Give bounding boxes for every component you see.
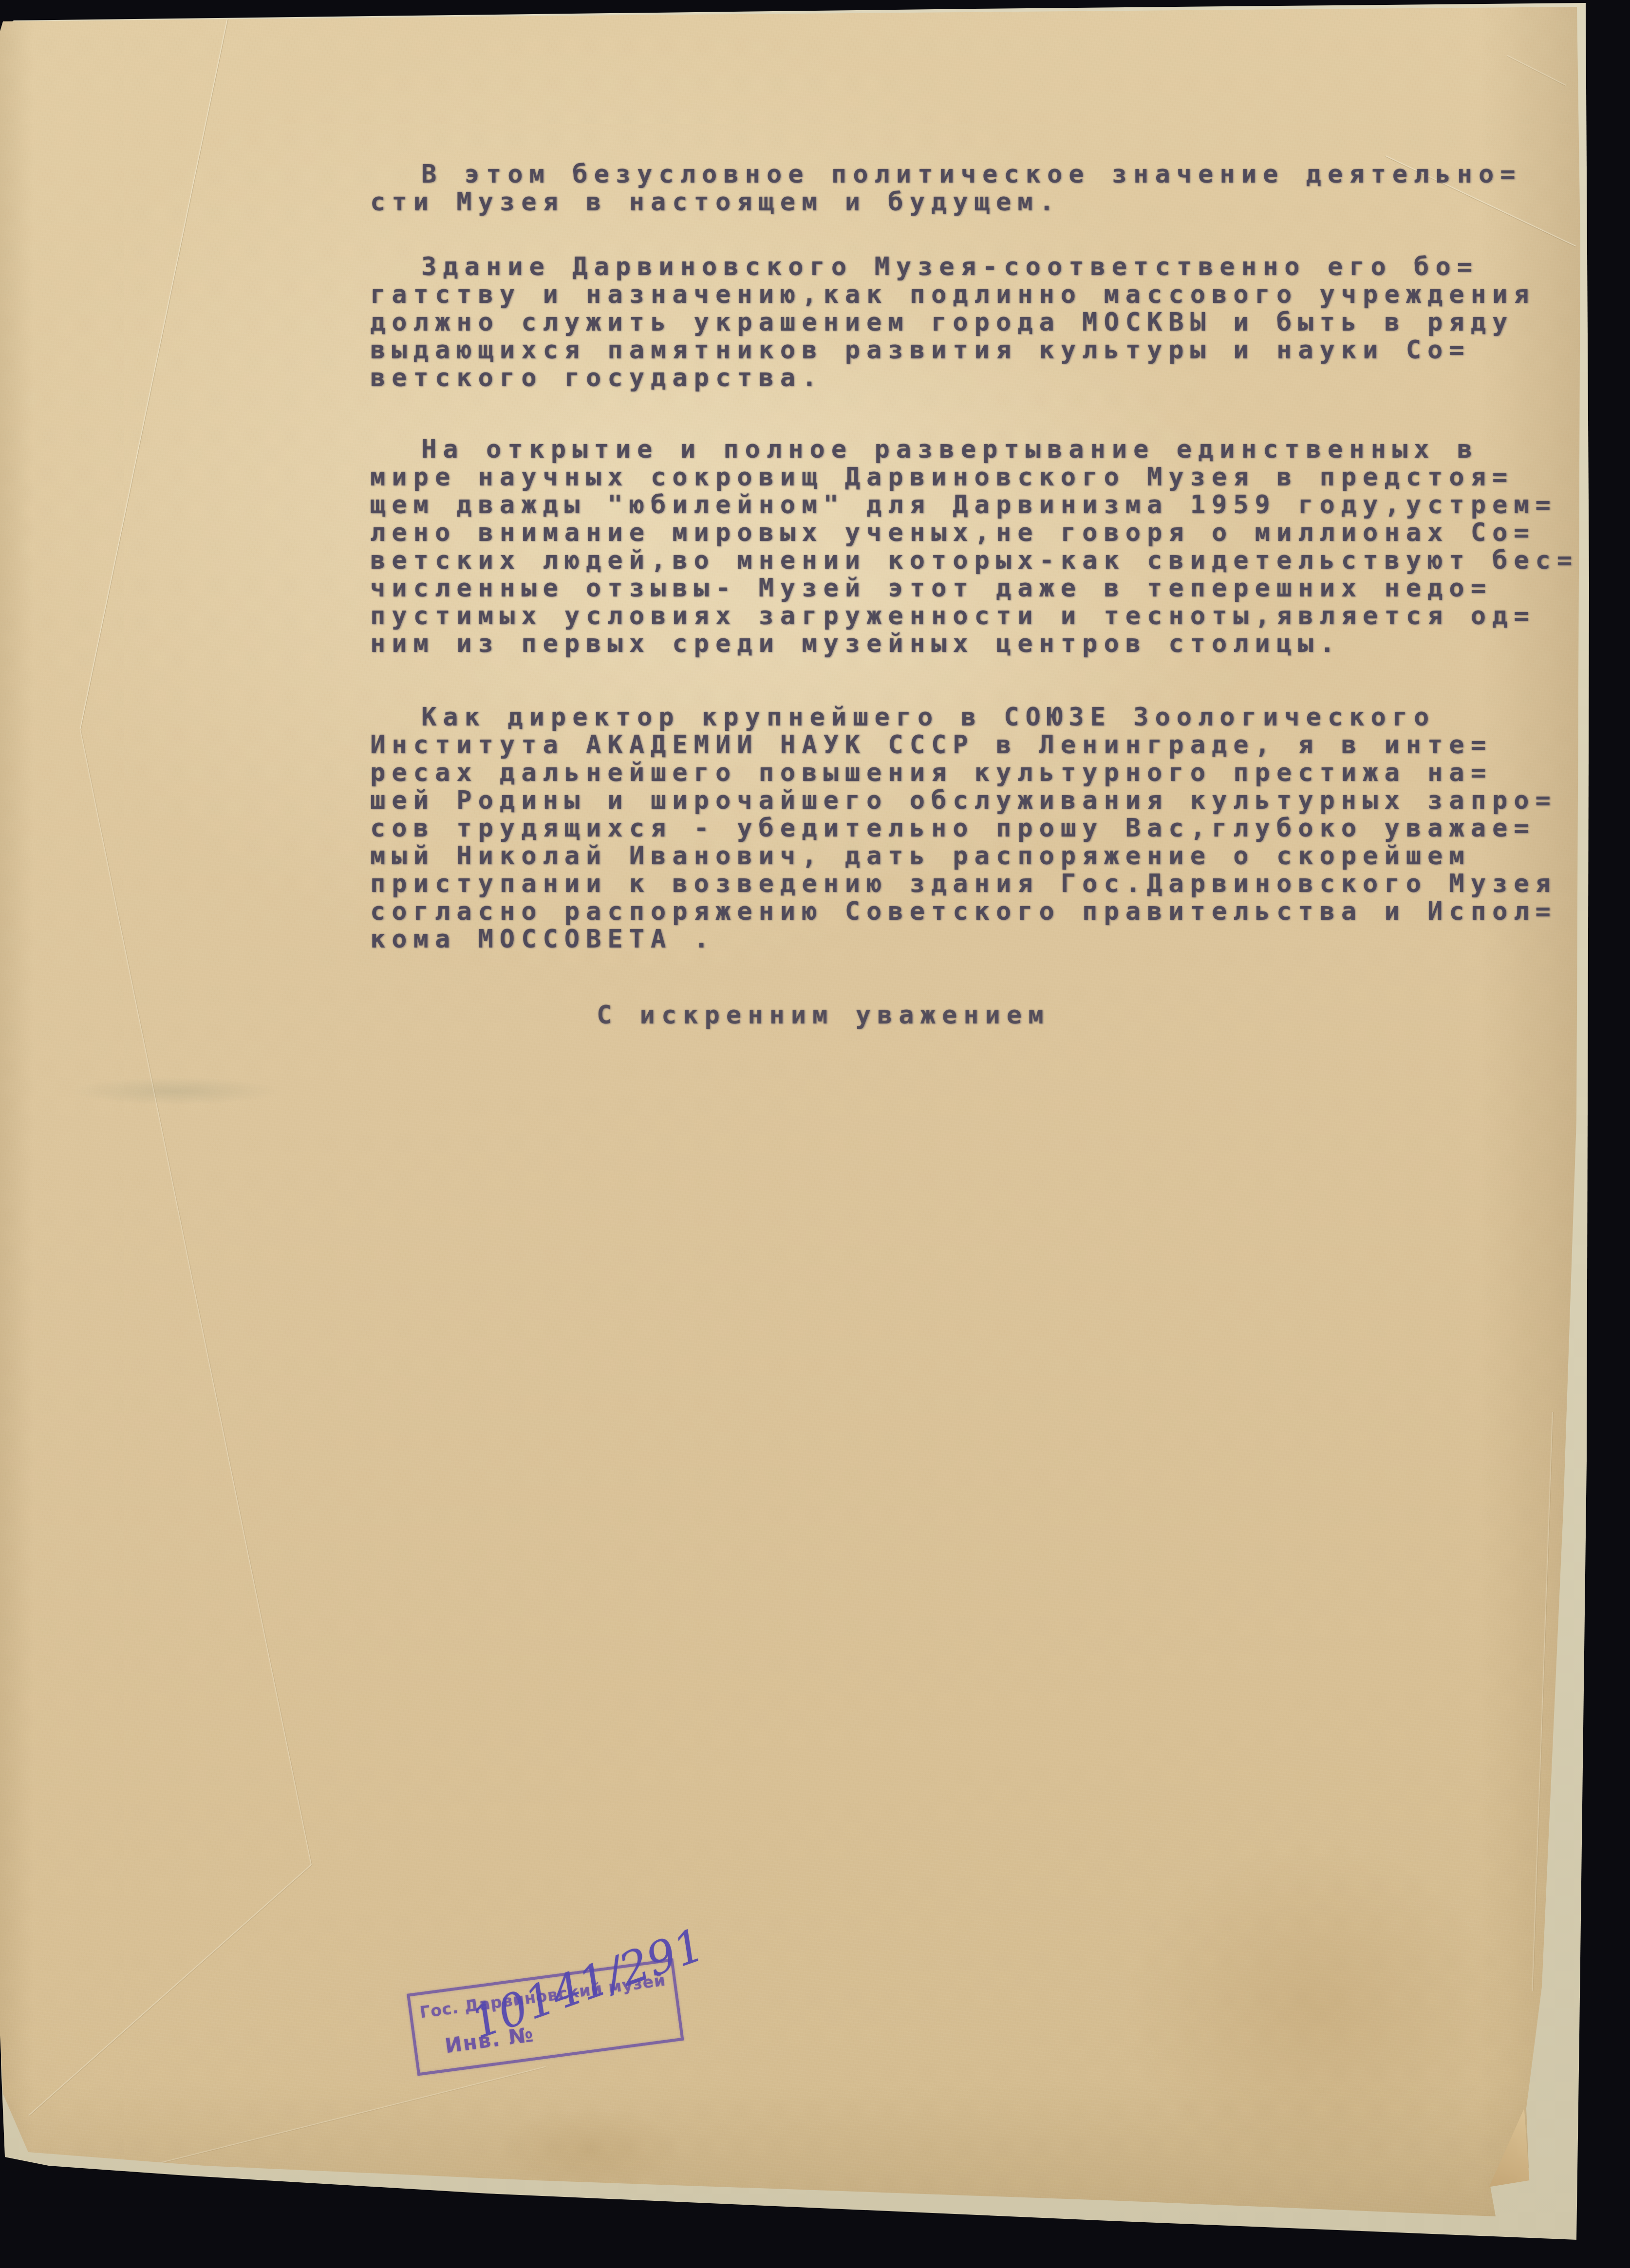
- archival-scan: В этом безусловное политическое значение…: [0, 0, 1630, 2268]
- closing-line: С искренним уважением: [597, 1001, 1049, 1030]
- typed-paragraph-2: Здание Дарвиновского Музея-соответственн…: [370, 253, 1597, 392]
- ink-smudge: [46, 1074, 304, 1109]
- typed-paragraph-3: На открытие и полное развертывание единс…: [370, 436, 1597, 658]
- typed-paragraph-4: Как директор крупнейшего в СОЮЗЕ Зоологи…: [370, 704, 1597, 953]
- letter-sheet: В этом безусловное политическое значение…: [0, 0, 1630, 2268]
- typed-paragraph-1: В этом безусловное политическое значение…: [370, 161, 1597, 216]
- edge-shading: [0, 0, 34, 2268]
